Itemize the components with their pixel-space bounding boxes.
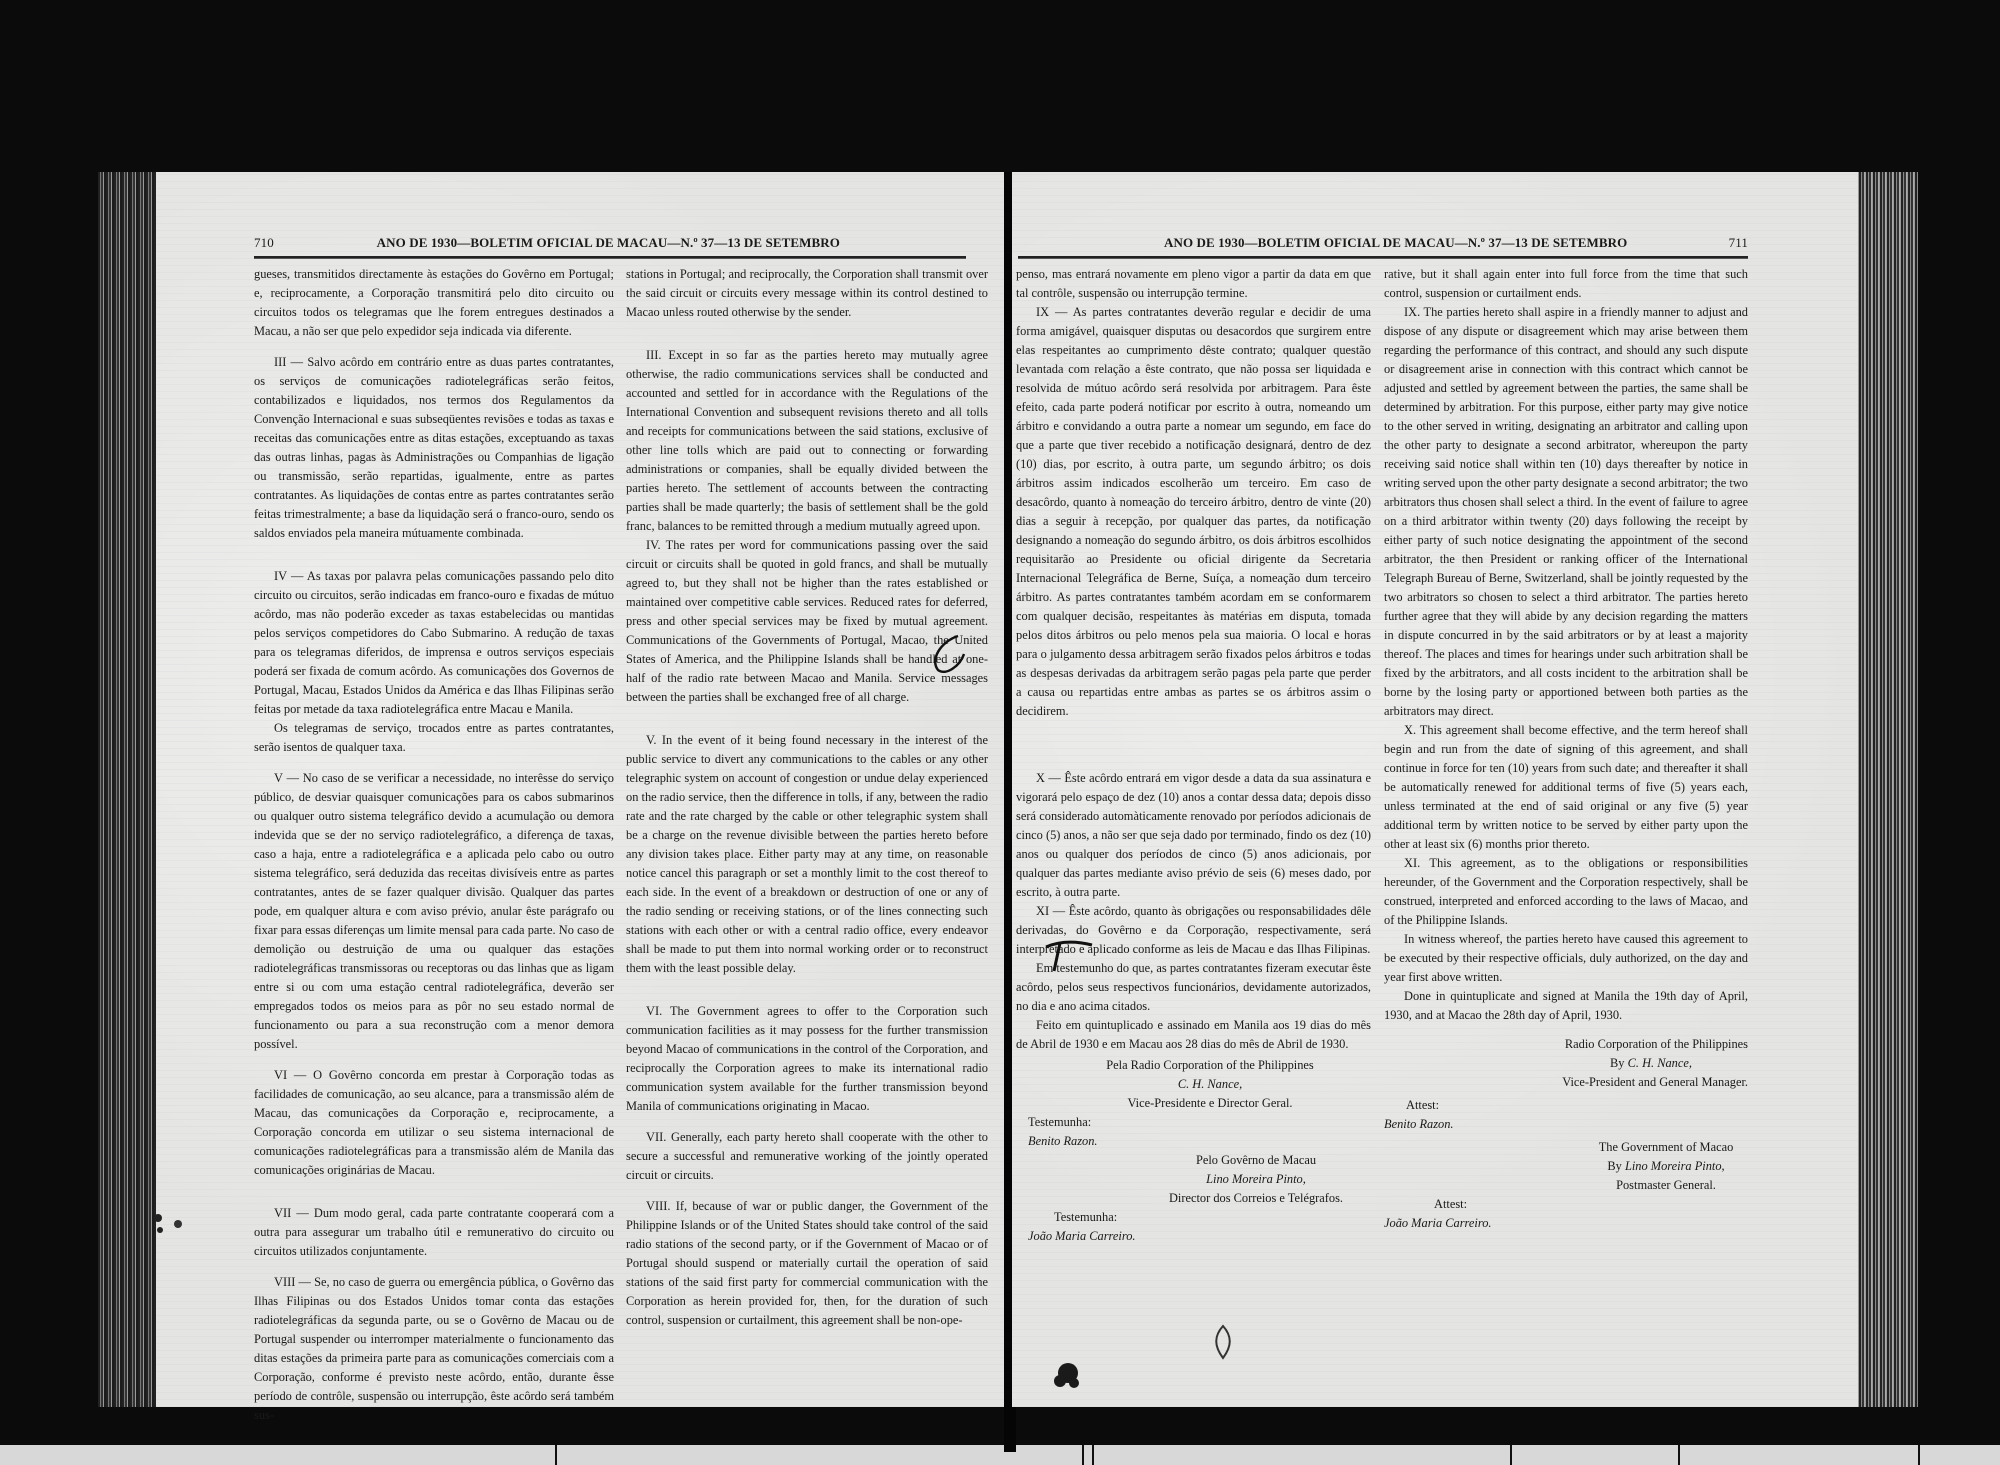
paragraph: rative, but it shall again enter into fu… (1384, 265, 1748, 303)
paragraph-clause-x: X — Êste acôrdo entrará em vigor desde a… (1016, 769, 1371, 902)
paragraph-clause-ix: IX — As partes contratantes deverão regu… (1016, 303, 1371, 721)
witness-label: Attest: (1406, 1096, 1748, 1115)
signer-line: By Lino Moreira Pinto, (1584, 1157, 1748, 1176)
left-portuguese-column: gueses, transmitidos directamente às est… (254, 265, 614, 1425)
paragraph: penso, mas entrará novamente em pleno vi… (1016, 265, 1371, 303)
signer-title: Vice-President and General Manager. (1524, 1073, 1748, 1092)
witness-label: Testemunha: (1054, 1208, 1371, 1227)
signer-name: Lino Moreira Pinto, (1625, 1159, 1725, 1173)
left-header-title: ANO DE 1930—BOLETIM OFICIAL DE MACAU—N.º… (377, 235, 840, 251)
paragraph-execution: Done in quintuplicate and signed at Mani… (1384, 987, 1748, 1025)
party-line: The Government of Macao (1584, 1138, 1748, 1157)
witness-label: Testemunha: (1028, 1113, 1371, 1132)
paragraph-execution: Feito em quintuplicado e assinado em Man… (1016, 1016, 1371, 1054)
signer-title: Director dos Correios e Telégrafos. (1146, 1189, 1366, 1208)
signature-party2-pt: Pelo Govêrno de Macau Lino Moreira Pinto… (1146, 1151, 1366, 1208)
party-line: Pelo Govêrno de Macau (1146, 1151, 1366, 1170)
witness-name: João Maria Carreiro. (1384, 1214, 1748, 1233)
paragraph-clause-xi: XI. This agreement, as to the obligation… (1384, 854, 1748, 930)
paragraph-clause-vi: VI — O Govêrno concorda em prestar à Cor… (254, 1066, 614, 1180)
right-page-edge-stack (1858, 172, 1918, 1407)
right-running-header: ANO DE 1930—BOLETIM OFICIAL DE MACAU—N.º… (1164, 233, 1748, 253)
witness-name: João Maria Carreiro. (1028, 1227, 1371, 1246)
paragraph-clause-viii: VIII. If, because of war or public dange… (626, 1197, 988, 1330)
paragraph-testimony: Em testemunho do que, as partes contrata… (1016, 959, 1371, 1016)
witness-label: Attest: (1434, 1195, 1748, 1214)
paragraph: Os telegramas de serviço, trocados entre… (254, 719, 614, 757)
signature-party1-pt: Pela Radio Corporation of the Philippine… (1100, 1056, 1320, 1113)
right-portuguese-column: penso, mas entrará novamente em pleno vi… (1016, 265, 1371, 1246)
signer-title: Vice-Presidente e Director Geral. (1100, 1094, 1320, 1113)
right-english-column: rative, but it shall again enter into fu… (1384, 265, 1748, 1233)
signer-title: Postmaster General. (1584, 1176, 1748, 1195)
scanner-bed-strip (0, 1445, 2000, 1465)
left-page-edge-stack (98, 172, 156, 1407)
right-header-rule (1018, 256, 1748, 259)
signature-party2-en: The Government of Macao By Lino Moreira … (1584, 1138, 1748, 1195)
paragraph-clause-iv: IV. The rates per word for communication… (626, 536, 988, 707)
right-page-number: 711 (1729, 235, 1748, 251)
paragraph-clause-ix: IX. The parties hereto shall aspire in a… (1384, 303, 1748, 721)
paragraph-clause-vii: VII. Generally, each party hereto shall … (626, 1128, 988, 1185)
witness2-en: Attest: João Maria Carreiro. (1384, 1195, 1748, 1233)
left-page-number: 710 (254, 235, 274, 251)
left-english-column: stations in Portugal; and reciprocally, … (626, 265, 988, 1330)
paragraph-clause-viii: VIII — Se, no caso de guerra ou emergênc… (254, 1273, 614, 1425)
paragraph-clause-xi: XI — Êste acôrdo, quanto às obrigações o… (1016, 902, 1371, 959)
right-header-title: ANO DE 1930—BOLETIM OFICIAL DE MACAU—N.º… (1164, 235, 1627, 251)
paragraph-clause-v: V — No caso de se verificar a necessidad… (254, 769, 614, 1054)
paragraph: stations in Portugal; and reciprocally, … (626, 265, 988, 322)
paragraph-clause-vii: VII — Dum modo geral, cada parte contrat… (254, 1204, 614, 1261)
party-line: Pela Radio Corporation of the Philippine… (1100, 1056, 1320, 1075)
signature-party1-en: Radio Corporation of the Philippines By … (1524, 1035, 1748, 1092)
paragraph-witness: In witness whereof, the parties hereto h… (1384, 930, 1748, 987)
paragraph-clause-iii: III — Salvo acôrdo em contrário entre as… (254, 353, 614, 543)
paragraph: gueses, transmitidos directamente às est… (254, 265, 614, 341)
signer-name: C. H. Nance, (1628, 1056, 1692, 1070)
signer-line: By C. H. Nance, (1554, 1054, 1748, 1073)
party-line: Radio Corporation of the Philippines (1524, 1035, 1748, 1054)
by-label: By (1607, 1159, 1621, 1173)
witness1-pt: Testemunha: Benito Razon. (1028, 1113, 1371, 1151)
witness1-en: Attest: Benito Razon. (1384, 1096, 1748, 1134)
left-header-rule (254, 256, 966, 259)
paragraph-clause-x: X. This agreement shall become effective… (1384, 721, 1748, 854)
signer-name: C. H. Nance, (1100, 1075, 1320, 1094)
witness-name: Benito Razon. (1028, 1132, 1371, 1151)
paragraph-clause-iv: IV — As taxas por palavra pelas comunica… (254, 567, 614, 719)
paragraph-clause-iii: III. Except in so far as the parties her… (626, 346, 988, 536)
paragraph-clause-v: V. In the event of it being found necess… (626, 731, 988, 978)
signer-name: Lino Moreira Pinto, (1146, 1170, 1366, 1189)
witness2-pt: Testemunha: João Maria Carreiro. (1028, 1208, 1371, 1246)
by-label: By (1610, 1056, 1624, 1070)
witness-name: Benito Razon. (1384, 1115, 1748, 1134)
left-running-header: 710 ANO DE 1930—BOLETIM OFICIAL DE MACAU… (254, 233, 840, 253)
paragraph-clause-vi: VI. The Government agrees to offer to th… (626, 1002, 988, 1116)
